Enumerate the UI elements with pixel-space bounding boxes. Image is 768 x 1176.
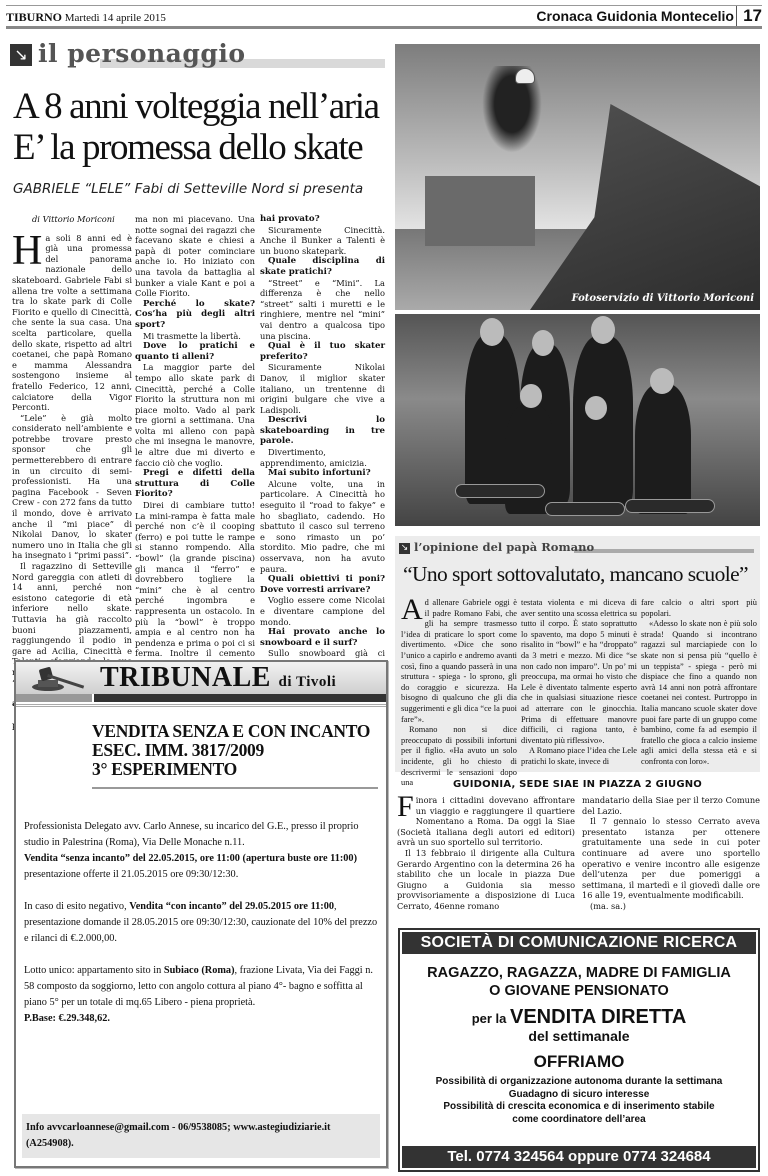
- sale-title: VENDITA SENZA E CON INCANTO ESEC. IMM. 3…: [92, 722, 386, 779]
- interview-question: Mai subito infortuni?: [260, 468, 385, 479]
- gavel-icon: [28, 666, 88, 692]
- masthead-left: TIBURNO Martedì 14 aprile 2015: [6, 10, 166, 25]
- paragraph: “Street” e “Mini”. La differenza è che n…: [260, 278, 385, 342]
- paragraph: Sicuramente Cinecittà. Anche il Bunker a…: [260, 225, 385, 257]
- ad-role: per la VENDITA DIRETTA: [400, 1006, 758, 1029]
- paragraph: Alcune volte, una in particolare. A Cine…: [260, 479, 385, 574]
- header-rule: [6, 26, 762, 29]
- opinion-tag-label: l’opinione del papà Romano: [414, 540, 594, 554]
- siae-column-1: Finora i cittadini dovevano affrontare u…: [397, 795, 575, 912]
- notice-paragraph: Professionista Delegato avv. Carlo Annes…: [24, 819, 378, 883]
- siae-column-2: mandatario della Siae per il terzo Comun…: [582, 795, 760, 912]
- paragraph: Divertimento, apprendimento, amicizia.: [260, 447, 385, 468]
- interview-question: Dove lo pratichi e quanto ti alleni?: [135, 341, 255, 362]
- ad-phone[interactable]: Tel. 0774 324564 oppure 0774 324684: [402, 1146, 756, 1168]
- paragraph: Il 7 gennaio lo stesso Cerrato aveva pre…: [582, 816, 760, 901]
- ad-header: SOCIETÀ DI COMUNICAZIONE RICERCA: [402, 932, 756, 954]
- photo-caption: Fotoservizio di Vittorio Moriconi: [572, 293, 754, 304]
- paragraph: Il 13 febbraio il dirigente alla Cultura…: [397, 848, 575, 912]
- article-subhead: GABRIELE “LELE” Fabi di Setteville Nord …: [13, 181, 363, 197]
- ad-benefit: come coordinatore dell’area: [400, 1114, 758, 1127]
- notice-paragraph: In caso di esito negativo, Vendita “con …: [24, 899, 378, 947]
- ad-target: RAGAZZO, RAGAZZA, MADRE DI FAMIGLIA O GI…: [400, 964, 758, 1000]
- paragraph: Ad allenare Gabriele oggi è il padre Rom…: [401, 598, 517, 725]
- opinion-title: “Uno sport sottovalutato, mancano scuole…: [403, 562, 748, 587]
- byline: di Vittorio Moriconi: [12, 214, 132, 225]
- photo-face: [480, 318, 504, 346]
- interview-question: Pregi e difetti della struttura di Colle…: [135, 468, 255, 500]
- paragraph: Mi trasmette la libertà.: [135, 331, 255, 342]
- page-number: 17: [736, 6, 762, 26]
- recruitment-ad: SOCIETÀ DI COMUNICAZIONE RICERCA RAGAZZO…: [398, 928, 760, 1172]
- interview-question: Hai provato anche lo snowboard e il surf…: [260, 627, 385, 648]
- issue-date: Martedì 14 aprile 2015: [65, 12, 166, 24]
- paragraph: «Adesso lo skate non è più solo strada! …: [641, 619, 757, 767]
- article-column-3: hai provato? Sicuramente Cinecittà. Anch…: [260, 214, 385, 712]
- drop-cap: H: [12, 234, 45, 268]
- paragraph: mandatario della Siae per il terzo Comun…: [582, 795, 760, 816]
- interview-question: Perché lo skate? Cos’ha più degli altri …: [135, 299, 255, 331]
- tribunale-title: TRIBUNALE di Tivoli: [100, 662, 336, 694]
- opinion-box: ↘ l’opinione del papà Romano “Uno sport …: [395, 536, 760, 772]
- tribunale-banner: TRIBUNALE di Tivoli: [16, 662, 386, 694]
- photo-face: [591, 316, 615, 344]
- interview-question: Quale disciplina di skate pratichi?: [260, 256, 385, 277]
- opinion-column-3: fare calcio o altri sport più popolari. …: [641, 598, 757, 768]
- banner-stripes: [16, 694, 386, 708]
- paragraph: A Romano piace l’idea che Lele pratichi …: [521, 746, 637, 767]
- photo-person: [573, 414, 623, 514]
- paragraph: ma non mi piacevano. Una notte sognai de…: [135, 214, 255, 299]
- photo-helmet: [515, 68, 535, 84]
- ad-benefits: Possibilità di organizzazione autonoma d…: [400, 1076, 758, 1126]
- opinion-tag-bar: [574, 549, 754, 553]
- siae-headline: GUIDONIA, SEDE SIAE IN PIAZZA 2 GIUGNO: [395, 779, 760, 790]
- photo-skateboard: [545, 502, 625, 516]
- siae-signature: (ma. sa.): [582, 901, 760, 912]
- paper-name: TIBURNO: [6, 10, 62, 24]
- section-name: Cronaca Guidonia Montecelio: [536, 8, 734, 24]
- photo-ramp: [530, 104, 760, 310]
- drop-cap: F: [397, 796, 416, 818]
- notice-contact-info[interactable]: Info avvcarloannese@gmail.com - 06/95380…: [22, 1114, 380, 1158]
- interview-question: Qual è il tuo skater preferito?: [260, 341, 385, 362]
- article-column-1: di Vittorio Moriconi Ha soli 8 anni ed è…: [12, 214, 132, 731]
- photo-face: [650, 368, 674, 394]
- interview-question: hai provato?: [260, 214, 385, 225]
- paragraph: Sicuramente Nikolai Danov, il miglior sk…: [260, 362, 385, 415]
- opinion-column-2: testata violenta e mi diceva di aver sen…: [521, 598, 637, 768]
- paragraph: Ha soli 8 anni ed è già una promessa del…: [12, 233, 132, 413]
- notice-body: Professionista Delegato avv. Carlo Annes…: [24, 819, 378, 1027]
- sale-title-rule: [92, 787, 378, 789]
- group-photo: [395, 314, 760, 526]
- photo-skateboard: [625, 499, 715, 513]
- skater-jump-photo: Fotoservizio di Vittorio Moriconi: [395, 44, 760, 310]
- ad-benefit: Possibilità di organizzazione autonoma d…: [400, 1076, 758, 1089]
- drop-cap: A: [401, 599, 425, 621]
- masthead: TIBURNO Martedì 14 aprile 2015 Cronaca G…: [6, 5, 762, 25]
- photo-face: [520, 384, 542, 408]
- ad-benefit: Possibilità di crescita economica e di i…: [400, 1101, 758, 1114]
- base-price: P.Base: €.29.348,62.: [24, 1013, 110, 1024]
- notice-paragraph: Lotto unico: appartamento sito in Subiac…: [24, 963, 378, 1027]
- opinion-column-1: Ad allenare Gabriele oggi è il padre Rom…: [401, 598, 517, 789]
- interview-question: Quali obiettivi ti poni? Dove vorresti a…: [260, 574, 385, 595]
- headline-line-1: A 8 anni volteggia nell’aria: [13, 86, 393, 127]
- ad-benefit: Guadagno di sicuro interesse: [400, 1089, 758, 1102]
- photo-building: [425, 176, 535, 246]
- headline-line-2: E’ la promessa dello skate: [13, 127, 393, 168]
- ad-role-sub: del settimanale: [400, 1029, 758, 1044]
- opinion-tag: ↘ l’opinione del papà Romano: [399, 542, 754, 556]
- tribunale-subtitle: di Tivoli: [278, 674, 336, 690]
- paragraph: Voglio essere come Nicolai e diventare c…: [260, 595, 385, 627]
- article-headline: A 8 anni volteggia nell’aria E’ la prome…: [13, 86, 393, 168]
- arrow-down-right-icon: ↘: [399, 543, 410, 554]
- paragraph: “Lele” è già molto considerato nell’ambi…: [12, 413, 132, 561]
- photo-skater: [477, 66, 547, 161]
- interview-question: Descrivi lo skateboarding in tre parole.: [260, 415, 385, 447]
- arrow-down-right-icon: ↘: [10, 44, 32, 66]
- ad-offer-title: OFFRIAMO: [400, 1052, 758, 1072]
- photo-skateboard: [455, 484, 545, 498]
- section-label-text: il personaggio: [38, 39, 246, 68]
- tribunale-notice: TRIBUNALE di Tivoli VENDITA SENZA E CON …: [14, 660, 388, 1168]
- photo-face: [585, 396, 607, 420]
- paragraph: testata violenta e mi diceva di aver sen…: [521, 598, 637, 746]
- paragraph: La maggior parte del tempo allo skate pa…: [135, 362, 255, 468]
- paragraph: Finora i cittadini dovevano affrontare u…: [397, 795, 575, 848]
- paragraph: fare calcio o altri sport più popolari.: [641, 598, 757, 619]
- photo-person: [635, 384, 691, 514]
- photo-face: [532, 330, 554, 356]
- section-label: ↘ il personaggio: [10, 41, 388, 71]
